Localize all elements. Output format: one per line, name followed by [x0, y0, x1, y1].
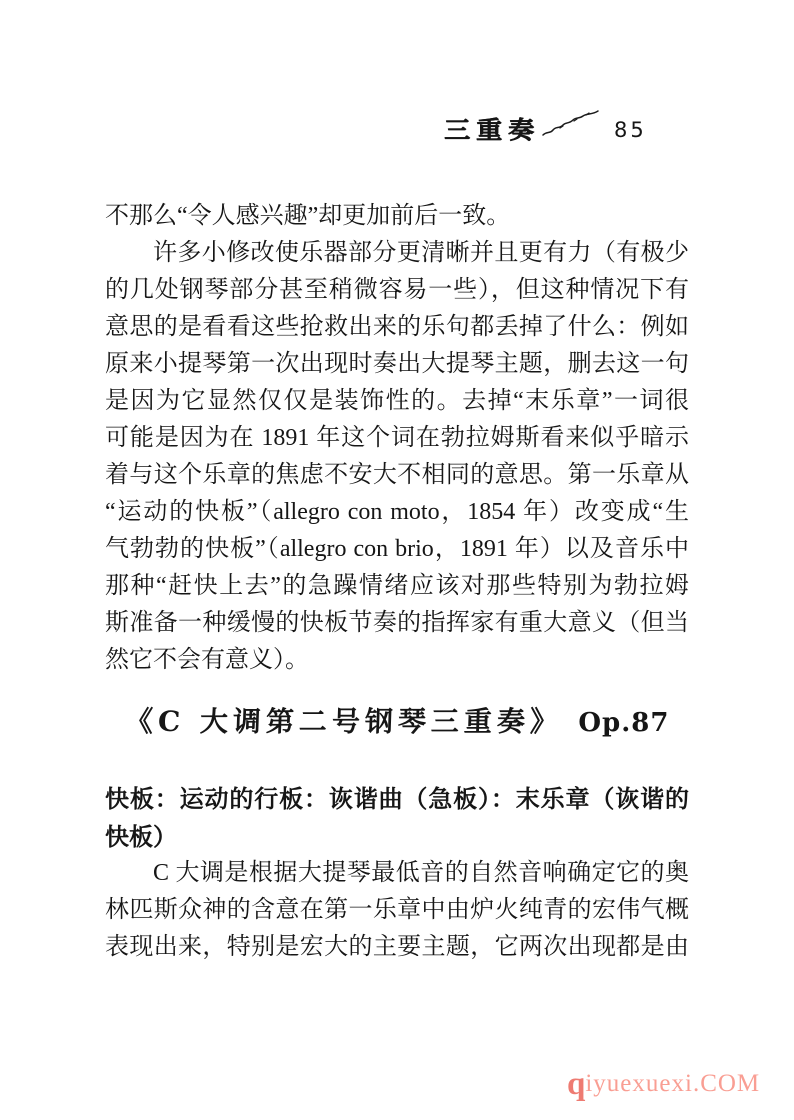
site-watermark: qiyuexuexi.COM — [567, 1068, 760, 1101]
handwriting-scribble-icon — [540, 108, 602, 145]
text-line: 快板：运动的行板：诙谐曲（急板）：末乐章（诙谐的 — [105, 781, 689, 819]
text-line: 着与这个乐章的焦虑不安大不相同的意思。第一乐章从 — [105, 457, 689, 494]
body-text-block: 不那么“令人感兴趣”却更加前后一致。许多小修改使乐器部分更清晰并且更有力（有极少… — [105, 198, 689, 679]
text-line: 那种“赶快上去”的急躁情绪应该对那些特别为勃拉姆 — [105, 568, 689, 605]
page-number: 85 — [614, 118, 647, 142]
text-line: 表现出来，特别是宏大的主要主题，它两次出现都是由 — [105, 929, 689, 966]
text-line: 可能是因为在 1891 年这个词在勃拉姆斯看来似乎暗示 — [105, 420, 689, 457]
text-line: 是因为它显然仅仅是装饰性的。去掉“末乐章”一词很 — [105, 383, 689, 420]
text-line: 的几处钢琴部分甚至稍微容易一些），但这种情况下有 — [105, 272, 689, 309]
section-paragraph: C 大调是根据大提琴最低音的自然音响确定它的奥林匹斯众神的含意在第一乐章中由炉火… — [105, 855, 689, 966]
section-heading: 《C 大调第二号钢琴三重奏》 Op.87 — [0, 700, 794, 740]
text-line: C 大调是根据大提琴最低音的自然音响确定它的奥 — [105, 855, 689, 892]
running-title: 三重奏 — [444, 111, 540, 145]
text-line: 原来小提琴第一次出现时奏出大提琴主题，删去这一句 — [105, 346, 689, 383]
watermark-text: iyuexuexi.COM — [585, 1070, 760, 1097]
text-line: 快板） — [105, 819, 689, 857]
movement-list: 快板：运动的行板：诙谐曲（急板）：末乐章（诙谐的快板） — [105, 781, 689, 857]
text-line: 意思的是看看这些抢救出来的乐句都丢掉了什么：例如 — [105, 309, 689, 346]
section-heading-title: 《C 大调第二号钢琴三重奏》 — [124, 700, 563, 740]
text-line: 许多小修改使乐器部分更清晰并且更有力（有极少 — [105, 235, 689, 272]
text-line: “运动的快板”（allegro con moto，1854 年）改变成“生 — [105, 494, 689, 531]
text-line: 气勃勃的快板”（allegro con brio，1891 年）以及音乐中 — [105, 531, 689, 568]
text-line: 不那么“令人感兴趣”却更加前后一致。 — [105, 198, 689, 235]
watermark-initial: q — [567, 1066, 585, 1102]
text-line: 林匹斯众神的含意在第一乐章中由炉火纯青的宏伟气概 — [105, 892, 689, 929]
text-line: 然它不会有意义）。 — [105, 642, 689, 679]
book-page: 三重奏 85 不那么“令人感兴趣”却更加前后一致。许多小修改使乐器部分更清晰并且… — [0, 0, 794, 1120]
section-heading-opus: Op.87 — [578, 708, 669, 738]
text-line: 斯准备一种缓慢的快板节奏的指挥家有重大意义（但当 — [105, 605, 689, 642]
